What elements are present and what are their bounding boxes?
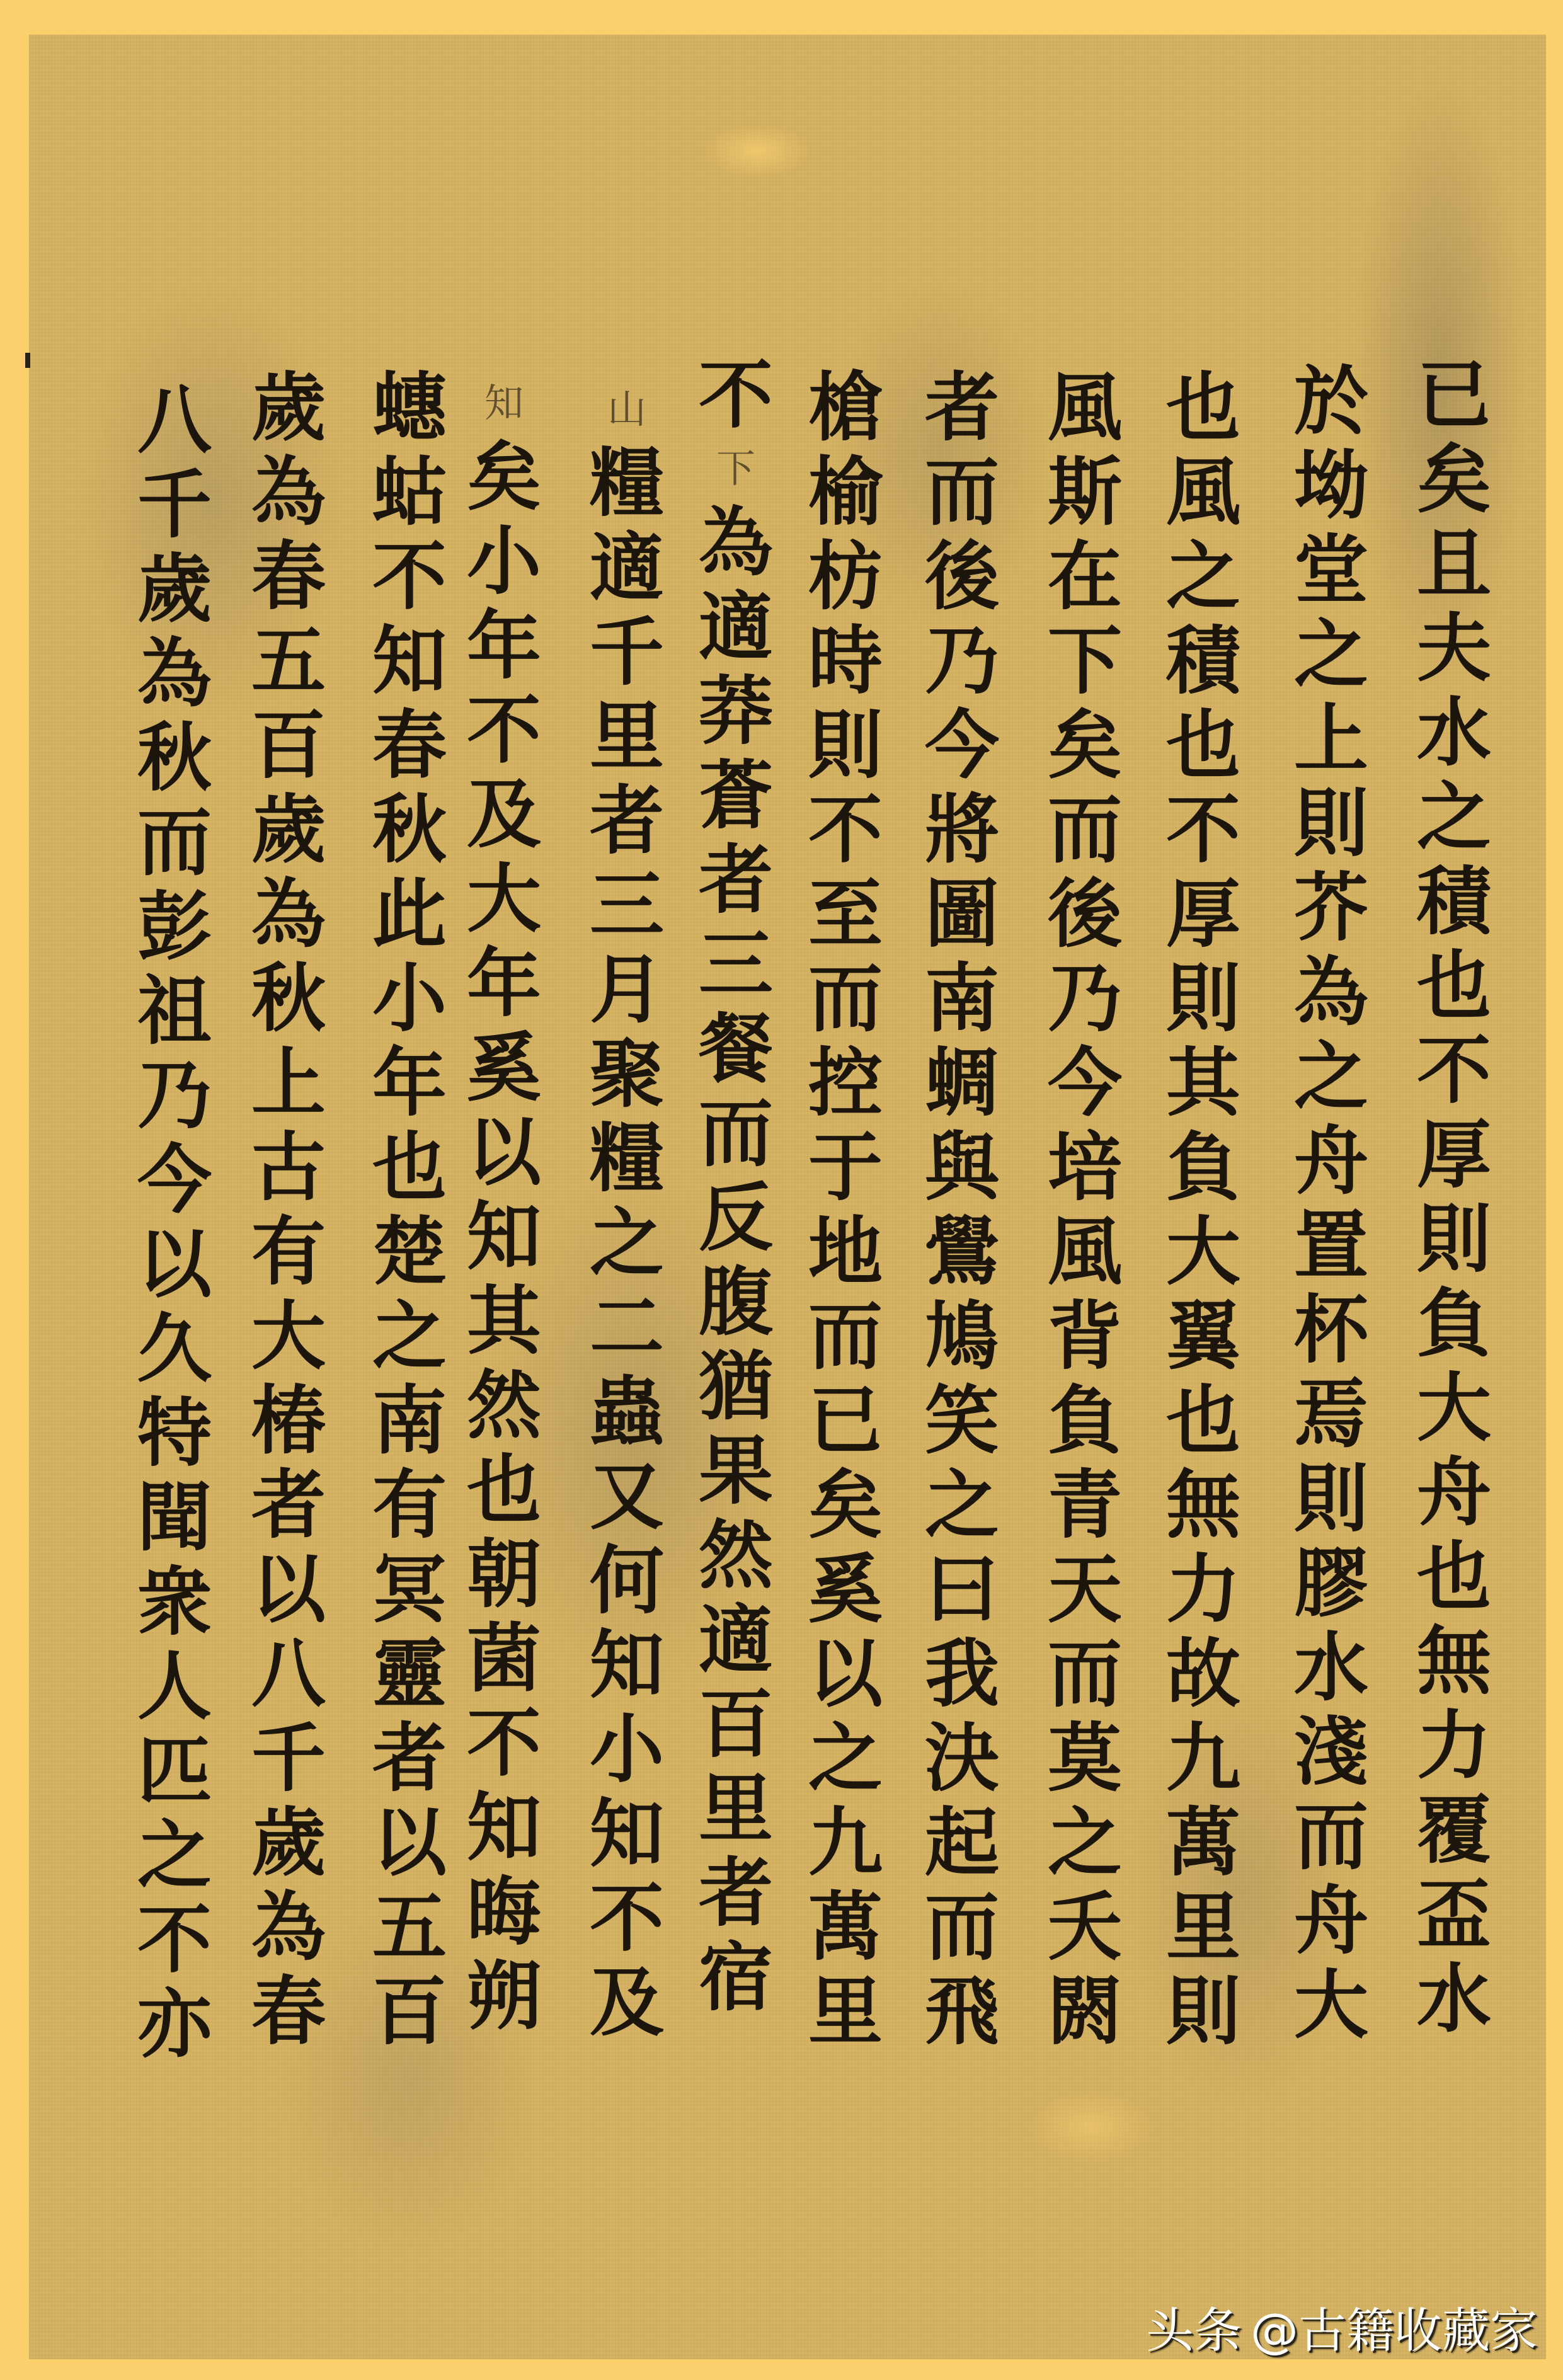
glyph: 今 [905,703,1019,787]
glyph: 曰 [905,1547,1019,1632]
glyph: 舟 [1274,1119,1388,1203]
glyph: 以 [789,1632,902,1716]
glyph: 堂 [1274,528,1388,612]
glyph: 其 [1147,1041,1260,1125]
text-column-6: 槍榆枋時則不至而控于地而已矣奚以之九萬里 [789,365,902,2054]
glyph: 時 [789,619,902,703]
glyph: 大 [1147,1210,1260,1294]
glyph: 之 [353,1294,466,1378]
text-column-5: 者而後乃今將圖南蜩與鷽鳩笑之曰我決起而飛 [905,365,1019,2054]
glyph: 而 [118,800,231,884]
glyph: 為 [232,450,345,534]
glyph: 不 [570,1876,684,1960]
glyph: 乃 [905,619,1019,703]
glyph: 蒼 [679,753,793,838]
glyph: 歲 [232,787,345,872]
glyph: 有 [232,1210,345,1294]
text-column-12: 八千歲為秋而彭祖乃今以久特聞衆人匹之不亦 [118,378,231,2066]
glyph: 而 [789,1294,902,1378]
glyph: 將 [905,787,1019,872]
column-7-head-char: 不 [679,353,793,437]
edge-ink-mark [25,353,30,368]
glyph: 衆 [118,1560,231,1644]
glyph: 特 [118,1391,231,1475]
glyph: 適 [679,585,793,669]
glyph: 莫 [1028,1716,1142,1800]
glyph: 莽 [679,669,793,753]
glyph: 秋 [118,716,231,800]
text-column-7: 不 下 為適莽蒼者三餐而反腹猶果然適百里者宿 [679,353,793,2020]
glyph: 也 [353,1125,466,1210]
glyph: 故 [1147,1632,1260,1716]
text-column-2: 於坳堂之上則芥為之舟置杯焉則膠水淺而舟大 [1274,359,1388,2047]
glyph: 閼 [1028,1969,1142,2054]
glyph: 不 [353,534,466,619]
glyph: 則 [789,703,902,787]
glyph: 五 [353,1885,466,1969]
glyph: 冥 [353,1547,466,1632]
glyph: 餐 [679,1007,793,1091]
glyph: 力 [1397,1703,1511,1788]
glyph: 椿 [232,1378,345,1463]
glyph: 於 [1274,359,1388,443]
glyph: 不 [1147,787,1260,872]
column-8-annotation: 山 [570,378,684,441]
glyph: 然 [679,1513,793,1598]
glyph: 適 [679,1598,793,1682]
glyph: 後 [1028,872,1142,956]
glyph: 之 [1397,775,1511,859]
glyph: 蟪 [353,365,466,450]
glyph: 起 [905,1800,1019,1885]
glyph: 適 [570,525,684,610]
glyph: 南 [353,1378,466,1463]
glyph: 枋 [789,534,902,619]
glyph: 久 [118,1307,231,1391]
glyph: 膠 [1274,1541,1388,1625]
glyph: 而 [1028,787,1142,872]
glyph: 楚 [353,1210,466,1294]
glyph: 千 [570,610,684,694]
glyph: 果 [679,1429,793,1513]
glyph: 反 [679,1176,793,1260]
glyph: 靈 [353,1632,466,1716]
glyph: 猶 [679,1344,793,1429]
glyph: 控 [789,1041,902,1125]
glyph: 者 [570,779,684,863]
watermark: 头条@古籍收藏家 [1146,2292,1538,2361]
glyph: 何 [570,1538,684,1623]
glyph: 後 [905,534,1019,619]
glyph: 春 [353,703,466,787]
glyph: 百 [232,703,345,787]
glyph: 蜩 [905,1041,1019,1125]
glyph: 盃 [1397,1872,1511,1957]
glyph: 為 [232,1885,345,1969]
glyph: 夫 [1397,606,1511,690]
glyph: 而 [905,1885,1019,1969]
glyph: 舟 [1397,1450,1511,1535]
glyph: 而 [789,956,902,1041]
text-column-4: 風斯在下矣而後乃今培風背負青天而莫之夭閼 [1028,365,1142,2054]
glyph: 糧 [570,1116,684,1201]
glyph: 九 [789,1800,902,1885]
glyph: 青 [1028,1463,1142,1547]
glyph: 背 [1028,1294,1142,1378]
glyph: 此 [353,872,466,956]
glyph: 之 [789,1716,902,1800]
glyph: 之 [1274,1034,1388,1119]
glyph: 矣 [789,1463,902,1547]
glyph: 則 [1274,781,1388,866]
text-column-1: 已矣且夫水之積也不厚則負大舟也無力覆盃水 [1397,353,1511,2041]
glyph: 以 [353,1800,466,1885]
glyph: 者 [905,365,1019,450]
glyph: 斯 [1028,450,1142,534]
glyph: 者 [679,838,793,922]
glyph: 三 [570,863,684,947]
watermark-platform: 头条 [1146,2303,1242,2359]
glyph: 杯 [1274,1288,1388,1372]
glyph: 春 [232,534,345,619]
glyph: 槍 [789,365,902,450]
glyph: 為 [679,500,793,585]
glyph: 為 [118,631,231,716]
glyph: 笑 [905,1378,1019,1463]
glyph: 年 [353,1041,466,1125]
glyph: 彭 [118,884,231,969]
glyph: 我 [905,1632,1019,1716]
glyph: 決 [905,1716,1019,1800]
glyph: 積 [1397,859,1511,944]
glyph: 上 [232,1041,345,1125]
glyph: 而 [1274,1794,1388,1879]
glyph: 有 [353,1463,466,1547]
glyph: 焉 [1274,1372,1388,1456]
glyph: 九 [1147,1716,1260,1800]
glyph: 里 [679,1766,793,1851]
glyph: 歲 [232,365,345,450]
glyph: 蟲 [570,1370,684,1454]
glyph: 大 [232,1294,345,1378]
glyph: 者 [353,1716,466,1800]
glyph: 歲 [118,547,231,631]
glyph: 風 [1028,1210,1142,1294]
text-column-3: 也風之積也不厚則其負大翼也無力故九萬里則 [1147,365,1260,2054]
glyph: 飛 [905,1969,1019,2054]
glyph: 八 [118,378,231,462]
glyph: 及 [570,1960,684,2045]
watermark-account: @古籍收藏家 [1251,2303,1538,2359]
glyph: 舟 [1274,1879,1388,1963]
glyph: 小 [353,956,466,1041]
glyph: 則 [1397,1197,1511,1281]
glyph: 聚 [570,1032,684,1116]
glyph: 宿 [679,1935,793,2020]
glyph: 里 [1147,1885,1260,1969]
glyph: 負 [1147,1125,1260,1210]
glyph: 已 [789,1378,902,1463]
glyph: 八 [232,1632,345,1716]
glyph: 不 [118,1897,231,1982]
glyph: 也 [1397,1535,1511,1619]
glyph: 秋 [353,787,466,872]
glyph: 矣 [1028,703,1142,787]
glyph: 以 [232,1547,345,1632]
glyph: 鳩 [905,1294,1019,1378]
glyph: 為 [1274,950,1388,1034]
glyph: 負 [1028,1378,1142,1463]
glyph: 厚 [1147,872,1260,956]
glyph: 置 [1274,1203,1388,1288]
text-column-10: 蟪蛄不知春秋此小年也楚之南有冥靈者以五百 [353,365,466,2054]
glyph: 矣 [1397,437,1511,522]
glyph: 百 [353,1969,466,2054]
glyph: 水 [1397,690,1511,775]
glyph: 不 [789,787,902,872]
glyph: 者 [679,1851,793,1935]
glyph: 也 [1147,365,1260,450]
glyph: 覆 [1397,1788,1511,1872]
column-7-annotation: 下 [679,437,793,500]
glyph: 亦 [118,1982,231,2066]
glyph: 千 [118,462,231,547]
glyph: 積 [1147,619,1260,703]
glyph: 大 [1274,1963,1388,2047]
glyph: 水 [1274,1625,1388,1710]
glyph: 乃 [1028,956,1142,1041]
text-column-11: 歲為春五百歲為秋上古有大椿者以八千歲為春 [232,365,345,2054]
glyph: 風 [1028,365,1142,450]
glyph: 地 [789,1210,902,1294]
glyph: 與 [905,1125,1019,1210]
glyph: 今 [118,1138,231,1222]
glyph: 圖 [905,872,1019,956]
glyph: 榆 [789,450,902,534]
glyph: 在 [1028,534,1142,619]
glyph: 則 [1274,1456,1388,1541]
glyph: 而 [679,1091,793,1176]
glyph: 知 [570,1623,684,1707]
glyph: 大 [1397,1366,1511,1450]
glyph: 無 [1397,1619,1511,1703]
glyph: 人 [118,1644,231,1729]
glyph: 不 [1397,1028,1511,1113]
glyph: 知 [570,1792,684,1876]
glyph: 而 [905,450,1019,534]
glyph: 腹 [679,1260,793,1344]
glyph: 之 [118,1813,231,1897]
glyph: 上 [1274,697,1388,781]
glyph: 也 [1397,944,1511,1028]
glyph: 鷽 [905,1210,1019,1294]
glyph: 厚 [1397,1113,1511,1197]
glyph: 萬 [1147,1800,1260,1885]
glyph: 芥 [1274,866,1388,950]
glyph: 力 [1147,1547,1260,1632]
glyph: 蛄 [353,450,466,534]
glyph: 三 [679,922,793,1007]
glyph: 小 [570,1707,684,1792]
glyph: 淺 [1274,1710,1388,1794]
glyph: 無 [1147,1463,1260,1547]
glyph: 夭 [1028,1885,1142,1969]
glyph: 百 [679,1682,793,1766]
glyph: 風 [1147,450,1260,534]
glyph: 糧 [570,441,684,525]
glyph: 翼 [1147,1294,1260,1378]
glyph: 二 [570,1285,684,1370]
glyph: 水 [1397,1957,1511,2041]
glyph: 天 [1028,1547,1142,1632]
glyph: 里 [570,694,684,779]
glyph: 秋 [232,956,345,1041]
glyph: 聞 [118,1475,231,1560]
glyph: 乃 [118,1053,231,1138]
glyph: 祖 [118,969,231,1053]
glyph: 匹 [118,1729,231,1813]
glyph: 又 [570,1454,684,1538]
glyph: 歲 [232,1800,345,1885]
text-column-8: 山 糧適千里者三月聚糧之二蟲又何知小知不及 [570,378,684,2045]
glyph: 已 [1397,353,1511,437]
glyph: 萬 [789,1885,902,1969]
glyph: 五 [232,619,345,703]
glyph: 下 [1028,619,1142,703]
glyph: 也 [1147,1378,1260,1463]
glyph: 春 [232,1969,345,2054]
glyph: 且 [1397,522,1511,606]
glyph: 知 [353,619,466,703]
glyph: 月 [570,947,684,1032]
glyph: 也 [1147,703,1260,787]
glyph: 而 [1028,1632,1142,1716]
glyph: 之 [1147,534,1260,619]
glyph: 之 [1274,612,1388,697]
glyph: 以 [118,1222,231,1307]
glyph: 千 [232,1716,345,1800]
glyph: 培 [1028,1125,1142,1210]
glyph: 負 [1397,1281,1511,1366]
glyph: 則 [1147,1969,1260,2054]
glyph: 至 [789,872,902,956]
glyph: 之 [1028,1800,1142,1885]
glyph: 于 [789,1125,902,1210]
glyph: 里 [789,1969,902,2054]
glyph: 坳 [1274,443,1388,528]
glyph: 之 [905,1463,1019,1547]
glyph: 奚 [789,1547,902,1632]
glyph: 古 [232,1125,345,1210]
glyph: 之 [570,1201,684,1285]
glyph: 今 [1028,1041,1142,1125]
glyph: 者 [232,1463,345,1547]
glyph: 為 [232,872,345,956]
glyph: 則 [1147,956,1260,1041]
glyph: 南 [905,956,1019,1041]
